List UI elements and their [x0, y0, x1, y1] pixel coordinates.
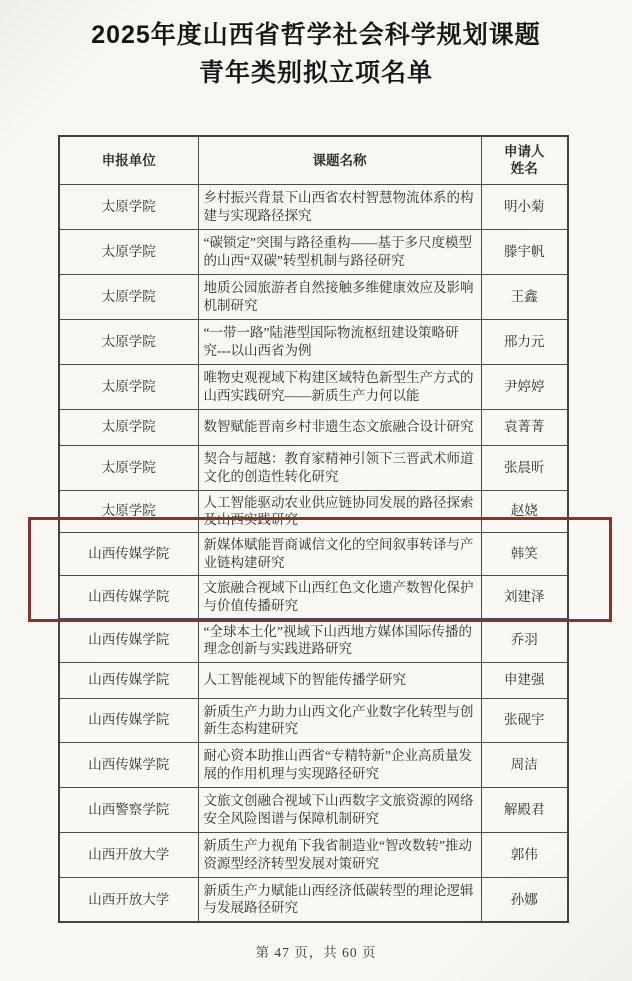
- title-cell: 新质生产力助力山西文化产业数字化转型与创新生态构建研究: [198, 698, 481, 742]
- title-cell: 新媒体赋能晋商诚信文化的空间叙事转译与产业链构建研究: [198, 532, 481, 575]
- title-cell: 耐心资本助推山西省“专精特新”企业高质量发展的作用机理与实现路径研究: [198, 742, 481, 787]
- table-row: 山西警察学院 文旅文创融合视域下山西数字文旅资源的网络安全风险图谱与保障机制研究…: [59, 787, 568, 832]
- unit-cell: 太原学院: [59, 274, 198, 319]
- document-page: 2025年度山西省哲学社会科学规划课题 青年类别拟立项名单 申报单位 课题名称 …: [0, 0, 632, 981]
- table-row: 太原学院 乡村振兴背景下山西省农村智慧物流体系的构建与实现路径探究 明小菊: [59, 184, 568, 229]
- title-cell: 文旅文创融合视域下山西数字文旅资源的网络安全风险图谱与保障机制研究: [198, 787, 481, 832]
- table-row-highlighted: 山西传媒学院 新媒体赋能晋商诚信文化的空间叙事转译与产业链构建研究 韩笑: [59, 532, 568, 575]
- title-cell: 契合与超越：教育家精神引领下三晋武术师道文化的创造性转化研究: [198, 445, 481, 490]
- unit-cell: 太原学院: [59, 364, 198, 409]
- table-row: 太原学院 人工智能驱动农业供应链协同发展的路径探索及山西实践研究 赵娆: [59, 490, 568, 532]
- unit-cell: 山西开放大学: [59, 877, 198, 922]
- unit-cell: 太原学院: [59, 319, 198, 364]
- name-cell: 刘建泽: [481, 575, 568, 618]
- table-row: 太原学院 数智赋能晋南乡村非遗生态文旅融合设计研究 袁菁菁: [59, 409, 568, 445]
- unit-cell: 太原学院: [59, 445, 198, 490]
- project-table: 申报单位 课题名称 申请人 姓名 太原学院 乡村振兴背景下山西省农村智慧物流体系…: [58, 135, 569, 923]
- table-row: 山西传媒学院 新质生产力助力山西文化产业数字化转型与创新生态构建研究 张砚宇: [59, 698, 568, 742]
- title-cell: “全球本土化”视域下山西地方媒体国际传播的理念创新与实践进路研究: [198, 618, 481, 662]
- table-row: 山西开放大学 新质生产力赋能山西经济低碳转型的理论逻辑与发展路径研究 孙娜: [59, 877, 568, 922]
- table-row: 山西传媒学院 人工智能视域下的智能传播学研究 申建强: [59, 662, 568, 698]
- name-cell: 尹婷婷: [481, 364, 568, 409]
- name-cell: 滕宇帆: [481, 229, 568, 274]
- page-title-line1: 2025年度山西省哲学社会科学规划课题: [0, 16, 632, 54]
- name-cell: 袁菁菁: [481, 409, 568, 445]
- table-row: 山西传媒学院 耐心资本助推山西省“专精特新”企业高质量发展的作用机理与实现路径研…: [59, 742, 568, 787]
- unit-cell: 太原学院: [59, 184, 198, 229]
- name-cell: 邢力元: [481, 319, 568, 364]
- name-cell: 王鑫: [481, 274, 568, 319]
- title-cell: 人工智能视域下的智能传播学研究: [198, 662, 481, 698]
- title-cell: 新质生产力视角下我省制造业“智改数转”推动资源型经济转型发展对策研究: [198, 832, 481, 877]
- table-row: 太原学院 “碳锁定”突围与路径重构——基于多尺度模型的山西“双碳”转型机制与路径…: [59, 229, 568, 274]
- table-header-row: 申报单位 课题名称 申请人 姓名: [59, 136, 568, 184]
- unit-cell: 山西警察学院: [59, 787, 198, 832]
- name-cell: 韩笑: [481, 532, 568, 575]
- unit-cell: 山西传媒学院: [59, 575, 198, 618]
- table-row: 山西传媒学院 “全球本土化”视域下山西地方媒体国际传播的理念创新与实践进路研究 …: [59, 618, 568, 662]
- title-cell: 新质生产力赋能山西经济低碳转型的理论逻辑与发展路径研究: [198, 877, 481, 922]
- table-row: 太原学院 地质公园旅游者自然接触多维健康效应及影响机制研究 王鑫: [59, 274, 568, 319]
- title-cell: “一带一路”陆港型国际物流枢纽建设策略研究---以山西省为例: [198, 319, 481, 364]
- name-cell: 乔羽: [481, 618, 568, 662]
- table-row: 太原学院 唯物史观视域下构建区域特色新型生产方式的山西实践研究——新质生产力何以…: [59, 364, 568, 409]
- unit-cell: 山西传媒学院: [59, 618, 198, 662]
- title-cell: 人工智能驱动农业供应链协同发展的路径探索及山西实践研究: [198, 490, 481, 532]
- unit-cell: 山西传媒学院: [59, 698, 198, 742]
- header-applicant: 申请人 姓名: [481, 136, 568, 184]
- table-row: 山西开放大学 新质生产力视角下我省制造业“智改数转”推动资源型经济转型发展对策研…: [59, 832, 568, 877]
- page-title-line2: 青年类别拟立项名单: [0, 54, 632, 92]
- page-title: 2025年度山西省哲学社会科学规划课题 青年类别拟立项名单: [0, 16, 632, 92]
- title-cell: 文旅融合视域下山西红色文化遗产数智化保护与价值传播研究: [198, 575, 481, 618]
- unit-cell: 山西传媒学院: [59, 532, 198, 575]
- name-cell: 孙娜: [481, 877, 568, 922]
- header-title: 课题名称: [198, 136, 481, 184]
- name-cell: 张晨昕: [481, 445, 568, 490]
- title-cell: “碳锁定”突围与路径重构——基于多尺度模型的山西“双碳”转型机制与路径研究: [198, 229, 481, 274]
- table-row-highlighted: 山西传媒学院 文旅融合视域下山西红色文化遗产数智化保护与价值传播研究 刘建泽: [59, 575, 568, 618]
- table-row: 太原学院 “一带一路”陆港型国际物流枢纽建设策略研究---以山西省为例 邢力元: [59, 319, 568, 364]
- name-cell: 申建强: [481, 662, 568, 698]
- name-cell: 郭伟: [481, 832, 568, 877]
- name-cell: 周洁: [481, 742, 568, 787]
- name-cell: 赵娆: [481, 490, 568, 532]
- unit-cell: 太原学院: [59, 409, 198, 445]
- unit-cell: 太原学院: [59, 490, 198, 532]
- unit-cell: 山西开放大学: [59, 832, 198, 877]
- page-footer: 第 47 页，共 60 页: [0, 941, 632, 961]
- title-cell: 乡村振兴背景下山西省农村智慧物流体系的构建与实现路径探究: [198, 184, 481, 229]
- title-cell: 唯物史观视域下构建区域特色新型生产方式的山西实践研究——新质生产力何以能: [198, 364, 481, 409]
- unit-cell: 山西传媒学院: [59, 662, 198, 698]
- title-cell: 地质公园旅游者自然接触多维健康效应及影响机制研究: [198, 274, 481, 319]
- title-cell: 数智赋能晋南乡村非遗生态文旅融合设计研究: [198, 409, 481, 445]
- table-row: 太原学院 契合与超越：教育家精神引领下三晋武术师道文化的创造性转化研究 张晨昕: [59, 445, 568, 490]
- unit-cell: 山西传媒学院: [59, 742, 198, 787]
- name-cell: 张砚宇: [481, 698, 568, 742]
- header-unit: 申报单位: [59, 136, 198, 184]
- name-cell: 解殿君: [481, 787, 568, 832]
- unit-cell: 太原学院: [59, 229, 198, 274]
- name-cell: 明小菊: [481, 184, 568, 229]
